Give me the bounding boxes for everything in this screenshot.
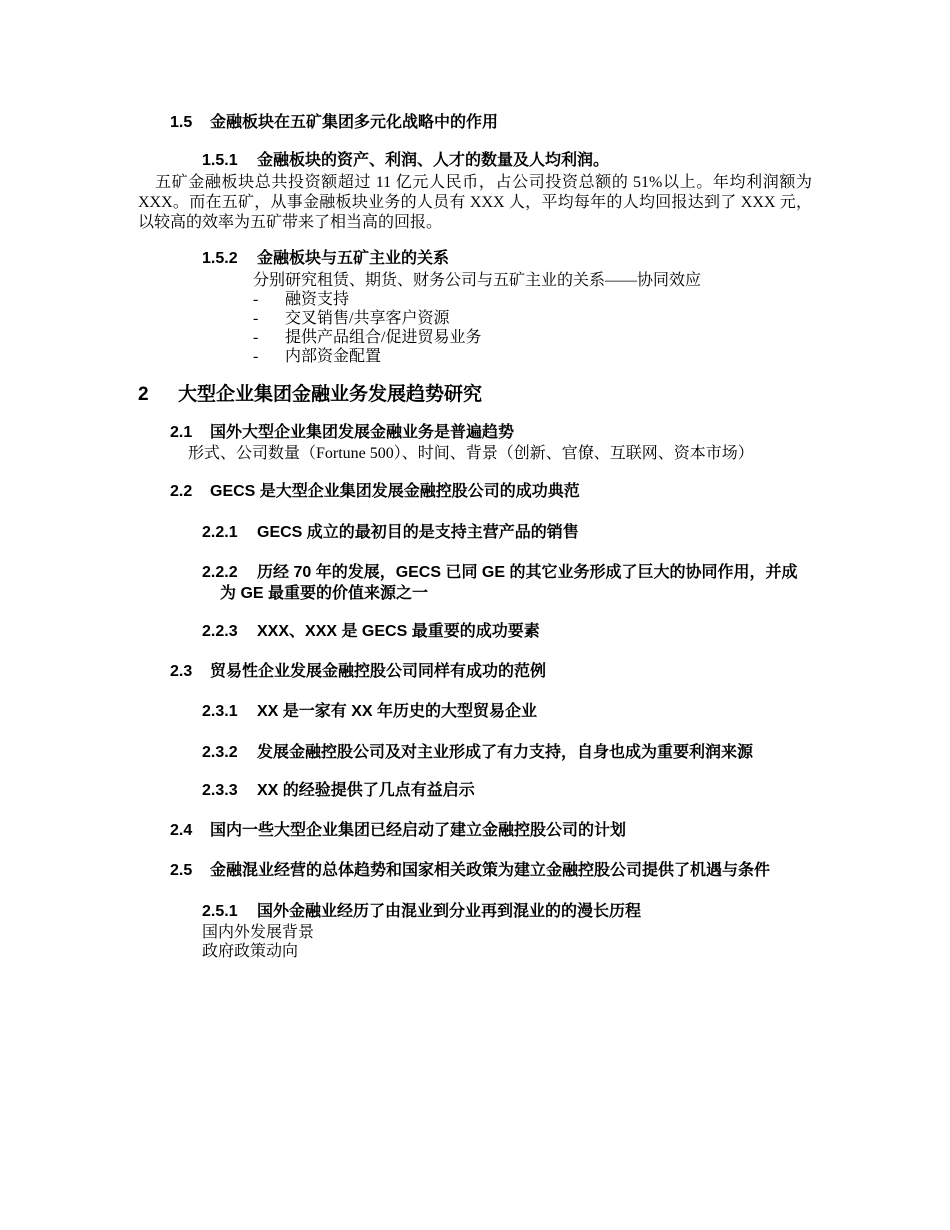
dash-bullet-marker: -	[253, 347, 285, 366]
heading-2-3-2: 2.3.2发展金融控股公司及对主业形成了有力支持，自身也成为重要利润来源	[0, 742, 950, 763]
heading-2-5-1-title: 国外金融业经历了由混业到分业再到混业的的漫长历程	[257, 903, 641, 920]
heading-2-5-1: 2.5.1国外金融业经历了由混业到分业再到混业的的漫长历程	[0, 901, 950, 922]
bullet-item: -提供产品组合/促进贸易业务	[0, 328, 950, 347]
heading-2-3-3-title: XX 的经验提供了几点有益启示	[257, 782, 475, 799]
heading-2-number: 2	[138, 384, 178, 406]
bullet-item-label: 提供产品组合/促进贸易业务	[285, 328, 481, 347]
heading-2-4: 2.4国内一些大型企业集团已经启动了建立金融控股公司的计划	[0, 820, 950, 841]
heading-2-2-1: 2.2.1GECS 成立的最初目的是支持主营产品的销售	[0, 522, 950, 543]
heading-2-3: 2.3贸易性企业发展金融控股公司同样有成功的范例	[0, 661, 950, 682]
heading-2-3-3-number: 2.3.3	[202, 780, 257, 801]
heading-2-5-1-number: 2.5.1	[202, 901, 257, 922]
heading-2-title: 大型企业集团金融业务发展趋势研究	[178, 384, 482, 405]
bullet-item: -融资支持	[0, 290, 950, 309]
dash-bullet-marker: -	[253, 309, 285, 328]
dash-bullet-marker: -	[253, 328, 285, 347]
heading-2-2-number: 2.2	[170, 481, 210, 502]
heading-2-3-3: 2.3.3XX 的经验提供了几点有益启示	[0, 780, 950, 801]
bullet-item-label: 内部资金配置	[285, 347, 381, 366]
heading-2-3-1: 2.3.1XX 是一家有 XX 年历史的大型贸易企业	[0, 701, 950, 722]
heading-2-4-title: 国内一些大型企业集团已经启动了建立金融控股公司的计划	[210, 822, 626, 839]
dash-bullet-marker: -	[253, 290, 285, 309]
paragraph-1-5-1: 五矿金融板块总共投资额超过 11 亿元人民币，占公司投资总额的 51%以上。年均…	[0, 173, 950, 233]
bullet-item: -内部资金配置	[0, 347, 950, 366]
heading-2-1: 2.1国外大型企业集团发展金融业务是普遍趋势	[0, 422, 950, 443]
heading-2-2-2: 2.2.2历经 70 年的发展，GECS 已同 GE 的其它业务形成了巨大的协同…	[0, 562, 950, 604]
heading-1-5: 1.5金融板块在五矿集团多元化战略中的作用	[0, 112, 950, 133]
bullet-item-label: 融资支持	[285, 290, 349, 309]
heading-1-5-number: 1.5	[170, 112, 210, 133]
subtext-1-5-2-lead: 分别研究租赁、期货、财务公司与五矿主业的关系——协同效应	[0, 271, 950, 290]
heading-1-5-title: 金融板块在五矿集团多元化战略中的作用	[210, 114, 498, 131]
heading-2-3-1-title: XX 是一家有 XX 年历史的大型贸易企业	[257, 703, 537, 720]
heading-2-1-title: 国外大型企业集团发展金融业务是普遍趋势	[210, 424, 514, 441]
heading-2-5: 2.5金融混业经营的总体趋势和国家相关政策为建立金融控股公司提供了机遇与条件	[0, 860, 950, 881]
heading-2-2-3: 2.2.3XXX、XXX 是 GECS 最重要的成功要素	[0, 621, 950, 642]
heading-2-5-number: 2.5	[170, 860, 210, 881]
heading-2: 2大型企业集团金融业务发展趋势研究	[0, 384, 950, 406]
heading-2-3-2-title: 发展金融控股公司及对主业形成了有力支持，自身也成为重要利润来源	[257, 744, 753, 761]
heading-2-2-title: GECS 是大型企业集团发展金融控股公司的成功典范	[210, 483, 580, 500]
heading-1-5-2-number: 1.5.2	[202, 248, 257, 269]
heading-1-5-1-number: 1.5.1	[202, 150, 257, 171]
heading-2-4-number: 2.4	[170, 820, 210, 841]
heading-2-2: 2.2GECS 是大型企业集团发展金融控股公司的成功典范	[0, 481, 950, 502]
heading-2-2-3-number: 2.2.3	[202, 621, 257, 642]
heading-1-5-2: 1.5.2金融板块与五矿主业的关系	[0, 248, 950, 269]
heading-2-2-1-number: 2.2.1	[202, 522, 257, 543]
bullet-item-label: 交叉销售/共享客户资源	[285, 309, 449, 328]
subtext-2-5-1-line: 政府政策动向	[0, 942, 950, 961]
subtext-2-1: 形式、公司数量（Fortune 500）、时间、背景（创新、官僚、互联网、资本市…	[0, 444, 950, 463]
bullet-list-1-5-2: -融资支持 -交叉销售/共享客户资源 -提供产品组合/促进贸易业务 -内部资金配…	[0, 290, 950, 366]
heading-2-3-1-number: 2.3.1	[202, 701, 257, 722]
heading-2-2-2-title: 历经 70 年的发展，GECS 已同 GE 的其它业务形成了巨大的协同作用，并成…	[220, 564, 798, 602]
heading-2-2-2-number: 2.2.2	[202, 562, 257, 583]
subtext-2-5-1-line: 国内外发展背景	[0, 923, 950, 942]
heading-2-3-number: 2.3	[170, 661, 210, 682]
heading-2-2-3-title: XXX、XXX 是 GECS 最重要的成功要素	[257, 623, 540, 640]
heading-2-5-title: 金融混业经营的总体趋势和国家相关政策为建立金融控股公司提供了机遇与条件	[210, 862, 770, 879]
heading-2-1-number: 2.1	[170, 422, 210, 443]
heading-1-5-2-title: 金融板块与五矿主业的关系	[257, 250, 449, 267]
heading-2-2-1-title: GECS 成立的最初目的是支持主营产品的销售	[257, 524, 579, 541]
subtext-2-5-1: 国内外发展背景 政府政策动向	[0, 923, 950, 961]
heading-1-5-1: 1.5.1金融板块的资产、利润、人才的数量及人均利润。	[0, 150, 950, 171]
heading-2-3-title: 贸易性企业发展金融控股公司同样有成功的范例	[210, 663, 546, 680]
heading-2-3-2-number: 2.3.2	[202, 742, 257, 763]
bullet-item: -交叉销售/共享客户资源	[0, 309, 950, 328]
document-page: 1.5金融板块在五矿集团多元化战略中的作用 1.5.1金融板块的资产、利润、人才…	[0, 0, 950, 1230]
heading-1-5-1-title: 金融板块的资产、利润、人才的数量及人均利润。	[257, 152, 609, 169]
